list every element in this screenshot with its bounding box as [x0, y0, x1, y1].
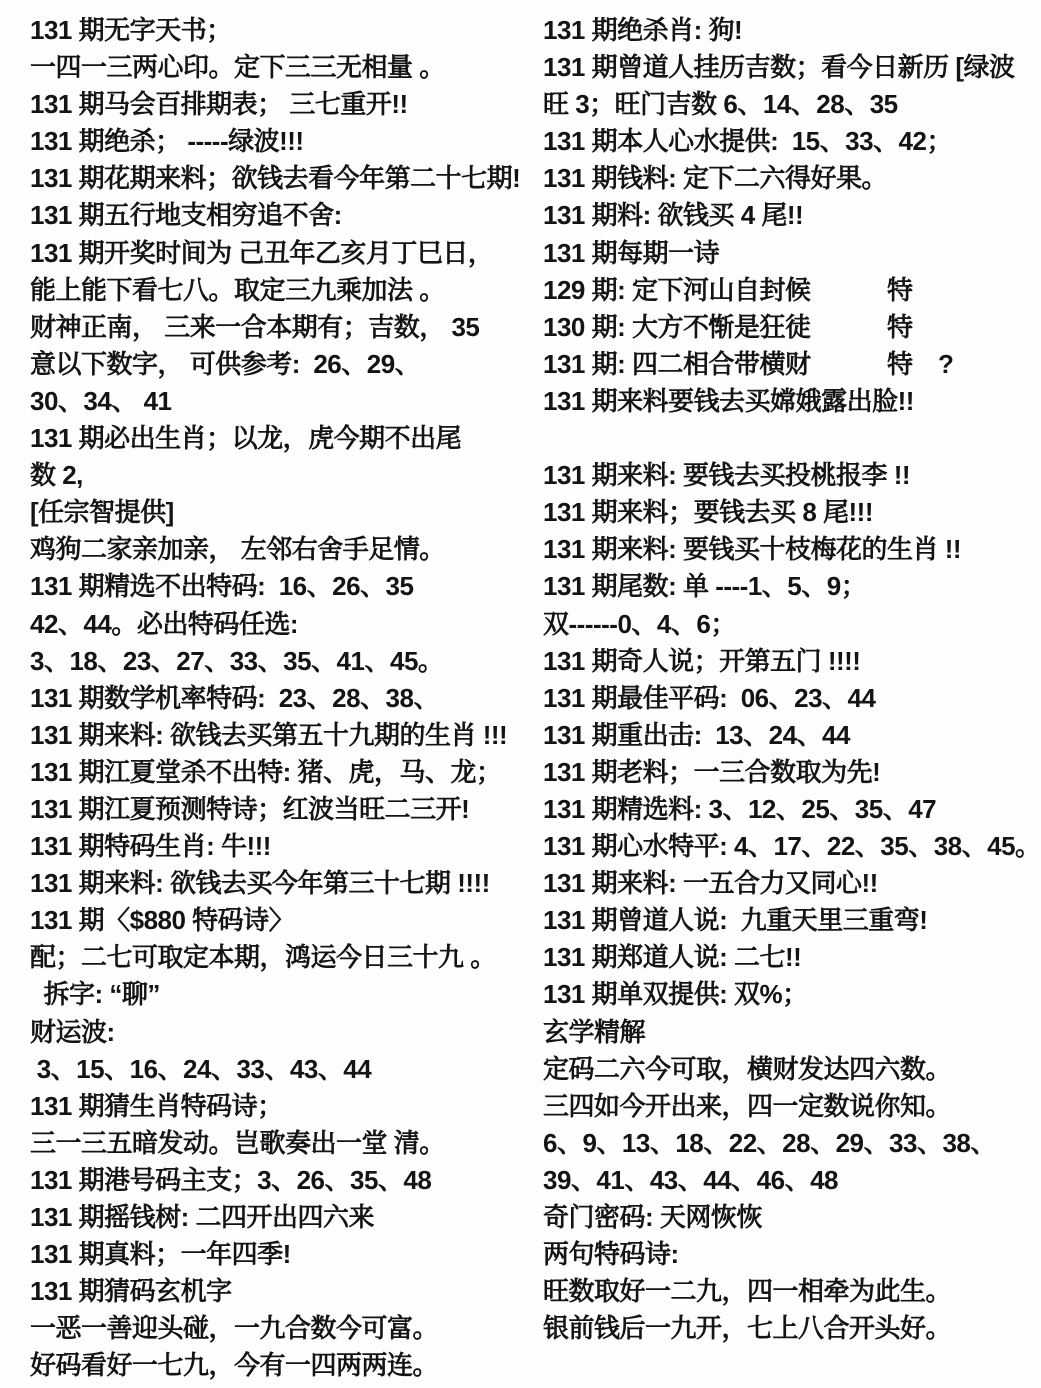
text-line: 3、18、23、27、33、35、41、45。 — [30, 643, 538, 680]
text-line: 130 期: 大方不惭是狂徒 特 — [543, 309, 1039, 346]
text-line: 131 期料: 欲钱买 4 尾!! — [543, 197, 1039, 234]
text-line: 131 期来料: 要钱去买投桃报李 !! — [543, 457, 1039, 494]
text-line: 一四一三两心印。定下三三无相量 。 — [30, 49, 538, 86]
text-line: 131 期单双提供: 双%； — [543, 976, 1039, 1013]
left-column: 131 期无字天书；一四一三两心印。定下三三无相量 。131 期马会百排期表； … — [30, 12, 538, 1384]
text-line: 131 期无字天书； — [30, 12, 538, 49]
text-line: 131 期来料: 要钱买十枝梅花的生肖 !! — [543, 531, 1039, 568]
text-line: 能上能下看七八。取定三九乘加法 。 — [30, 272, 538, 309]
text-line: 财神正南， 三来一合本期有；吉数， 35 — [30, 309, 538, 346]
text-line: 玄学精解 — [543, 1014, 1039, 1051]
text-line: 拆字: “聊” — [30, 976, 538, 1013]
right-column: 131 期绝杀肖: 狗!131 期曾道人挂历吉数；看今日新历 [绿波旺 3；旺门… — [543, 12, 1039, 1347]
text-line: 42、44。必出特码任选: — [30, 606, 538, 643]
text-line: 131 期必出生肖；以龙，虎今期不出尾 — [30, 420, 538, 457]
text-line: 131 期来料要钱去买嫦娥露出脸!! — [543, 383, 1039, 420]
text-line: 131 期奇人说；开第五门 !!!! — [543, 643, 1039, 680]
text-line: 3、15、16、24、33、43、44 — [30, 1051, 538, 1088]
text-line: 6、9、13、18、22、28、29、33、38、 — [543, 1125, 1039, 1162]
text-line: 131 期绝杀； -----绿波!!! — [30, 123, 538, 160]
text-line: 131 期郑道人说: 二七!! — [543, 939, 1039, 976]
text-line: 定码二六今可取，横财发达四六数。 — [543, 1051, 1039, 1088]
text-line: 131 期五行地支相穷追不舍: — [30, 197, 538, 234]
text-line: 131 期花期来料；欲钱去看今年第二十七期! — [30, 160, 538, 197]
text-line: 数 2, — [30, 457, 538, 494]
text-line: 意以下数字， 可供参考: 26、29、 — [30, 346, 538, 383]
text-line: 131 期马会百排期表； 三七重开!! — [30, 86, 538, 123]
text-line: 131 期精选料: 3、12、25、35、47 — [543, 791, 1039, 828]
text-line: 30、34、 41 — [30, 383, 538, 420]
text-line: 131 期本人心水提供: 15、33、42； — [543, 123, 1039, 160]
text-line: 旺 3；旺门吉数 6、14、28、35 — [543, 86, 1039, 123]
text-line: 131 期来料: 欲钱去买第五十九期的生肖 !!! — [30, 717, 538, 754]
text-line: 好码看好一七九，今有一四两两连。 — [30, 1347, 538, 1384]
text-line: 131 期重出击: 13、24、44 — [543, 717, 1039, 754]
text-line: 131 期真料；一年四季! — [30, 1236, 538, 1273]
text-line: 银前钱后一九开，七上八合开头好。 — [543, 1310, 1039, 1347]
text-line: 131 期〈$880 特码诗〉 — [30, 902, 538, 939]
text-line: 131 期曾道人说: 九重天里三重弯! — [543, 902, 1039, 939]
text-line: 131 期来料: 欲钱去买今年第三十七期 !!!! — [30, 865, 538, 902]
text-line: 财运波: — [30, 1014, 538, 1051]
text-line: 配；二七可取定本期，鸿运今日三十九 。 — [30, 939, 538, 976]
text-line — [543, 420, 1039, 457]
text-line: 131 期每期一诗 — [543, 235, 1039, 272]
text-line: 131 期江夏预测特诗；红波当旺二三开! — [30, 791, 538, 828]
text-line: 131 期: 四二相合带横财 特 ? — [543, 346, 1039, 383]
text-line: 131 期摇钱树: 二四开出四六来 — [30, 1199, 538, 1236]
text-line: 奇门密码: 天网恢恢 — [543, 1199, 1039, 1236]
text-line: 131 期来料；要钱去买 8 尾!!! — [543, 494, 1039, 531]
text-line: 131 期数学机率特码: 23、28、38、 — [30, 680, 538, 717]
text-line: 三一三五暗发动。岂歌奏出一堂 清。 — [30, 1125, 538, 1162]
text-line: 旺数取好一二九，四一相牵为此生。 — [543, 1273, 1039, 1310]
text-line: 一恶一善迎头碰，一九合数今可富。 — [30, 1310, 538, 1347]
text-line: 131 期曾道人挂历吉数；看今日新历 [绿波 — [543, 49, 1039, 86]
text-line: 131 期绝杀肖: 狗! — [543, 12, 1039, 49]
text-line: 131 期港号码主支；3、26、35、48 — [30, 1162, 538, 1199]
text-line: 131 期来料: 一五合力又同心!! — [543, 865, 1039, 902]
document-page: 131 期无字天书；一四一三两心印。定下三三无相量 。131 期马会百排期表； … — [0, 0, 1041, 1388]
text-line: 鸡狗二家亲加亲， 左邻右舍手足情。 — [30, 531, 538, 568]
text-line: 129 期: 定下河山自封候 特 — [543, 272, 1039, 309]
text-line: 131 期尾数: 单 ----1、5、9； — [543, 568, 1039, 605]
text-line: 131 期钱料: 定下二六得好果。 — [543, 160, 1039, 197]
text-line: 131 期开奖时间为 己丑年乙亥月丁巳日， — [30, 235, 538, 272]
text-line: 两句特码诗: — [543, 1236, 1039, 1273]
text-line: 131 期心水特平: 4、17、22、35、38、45。 — [543, 828, 1039, 865]
text-line: [任宗智提供] — [30, 494, 538, 531]
text-line: 131 期江夏堂杀不出特: 猪、虎，马、龙； — [30, 754, 538, 791]
text-line: 131 期特码生肖: 牛!!! — [30, 828, 538, 865]
text-line: 131 期最佳平码: 06、23、44 — [543, 680, 1039, 717]
text-line: 131 期精选不出特码: 16、26、35 — [30, 568, 538, 605]
text-line: 双------0、4、6； — [543, 606, 1039, 643]
text-line: 131 期老料；一三合数取为先! — [543, 754, 1039, 791]
text-line: 131 期猜码玄机字 — [30, 1273, 538, 1310]
text-line: 三四如今开出来，四一定数说你知。 — [543, 1088, 1039, 1125]
text-line: 39、41、43、44、46、48 — [543, 1162, 1039, 1199]
text-line: 131 期猜生肖特码诗； — [30, 1088, 538, 1125]
